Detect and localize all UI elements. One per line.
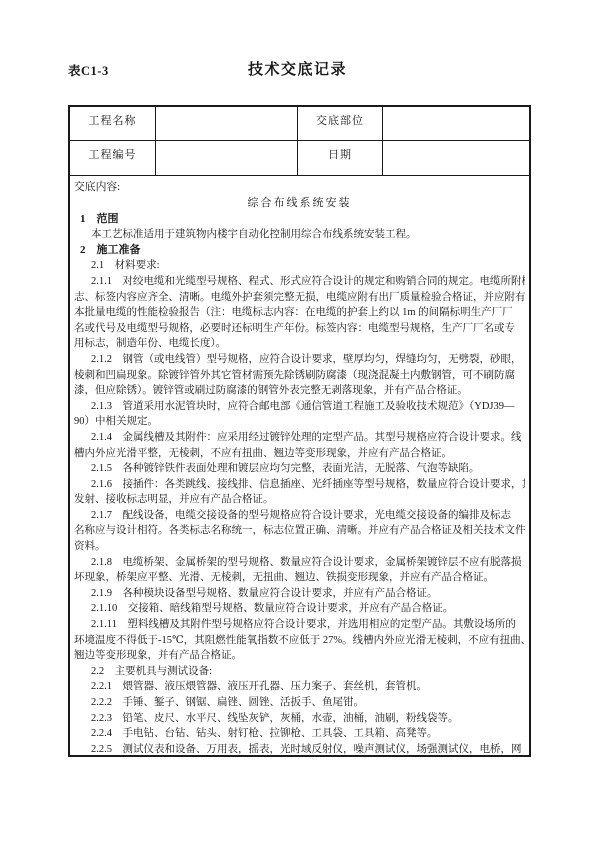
text-line: 2.1 材料要求: (74, 258, 525, 274)
text-line: 发射、接收标志明显，并应有产品合格证。 (74, 492, 525, 508)
text-line: 环境温度不得低于-15℃，其阻燃性能氧指数不应低于 27%。线槽内外应光滑无棱刺… (74, 633, 525, 649)
text-line: 2.1.4 金属线槽及其附件：应采用经过镀锌处理的定型产品。其型号规格应符合设计… (74, 430, 525, 446)
text-line: 翘边等变形现象，并有产品合格证。 (74, 648, 525, 664)
text-line: 综合布线系统安装 (74, 196, 525, 212)
text-line: 2.2 主要机具与测试设备: (74, 664, 525, 680)
text-line: 2.1.5 各种镀锌铁件表面处理和镀层应均匀完整，表面光洁，无脱落、气泡等缺陷。 (74, 461, 525, 477)
text-line: 2.2.1 煨管器、液压煨管器、液压开孔器、压力案子、套丝机，套管机。 (74, 679, 525, 695)
project-number-label: 工程编号 (70, 141, 156, 175)
document-page: 表C1-3 技术交底记录 工程名称 交底部位 工程编号 日期 交底内容: 综合布… (0, 0, 595, 842)
text-line: 槽内外应光滑平整，无棱刺，不应有扭曲、翘边等变形现象，并应有产品合格证。 (74, 446, 525, 462)
text-line: 2.2.4 手电钻、台钻、钻头、射钉枪、拉铆枪、工具袋、工具箱、高凳等。 (74, 726, 525, 742)
text-line: 2.1.1 对绞电缆和光缆型号规格、程式、形式应符合设计的规定和购销合同的规定。… (74, 274, 525, 290)
text-line: 2.1.7 配线设备，电缆交接设备的型号规格应符合设计要求，光电缆交接设备的编排… (74, 508, 525, 524)
text-line: 棱刺和凹扁现象。除镀锌管外其它管材需预先除锈刷防腐漆（现浇混凝土内敷钢管，可不刷… (74, 368, 525, 384)
text-line: 2.1.9 各种模块设备型号规格、数量应符合设计要求，并应有产品合格证。 (74, 586, 525, 602)
text-line: 名或代号及电缆型号规格，必要时还标明生产年份。标签内容：电缆型号规格，生产厂厂名… (74, 321, 525, 337)
text-line: 本工艺标准适用于建筑物内楼宇自动化控制用综合布线系统安装工程。 (74, 227, 525, 243)
disclosure-content: 交底内容: 综合布线系统安装1 范围本工艺标准适用于建筑物内楼宇自动化控制用综合… (70, 176, 529, 755)
text-line: 90）中相关规定。 (74, 414, 525, 430)
text-line: 漆，但应除锈）。镀锌管或刷过防腐漆的钢管外表完整无剥落现象，并有产品合格证。 (74, 383, 525, 399)
text-line: 志、标签内容应齐全、清晰。电缆外护套须完整无损，电缆应附有出厂质量检验合格证，并… (74, 290, 525, 306)
disclosure-content-lines: 综合布线系统安装1 范围本工艺标准适用于建筑物内楼宇自动化控制用综合布线系统安装… (74, 196, 525, 755)
disclosure-part-label: 交底部位 (298, 107, 383, 140)
disclosure-part-value (383, 107, 529, 140)
text-line: 2.1.8 电缆桥架、金属桥架的型号规格、数量应符合设计要求，金属桥架镀锌层不应… (74, 555, 525, 571)
project-name-label: 工程名称 (70, 107, 156, 140)
text-line: 2.1.6 接插件：各类跳线、接线排、信息插座、光纤插座等型号规格，数量应符合设… (74, 477, 525, 493)
text-line: 本批量电缆的性能检验报告（注：电缆标志内容：在电缆的护套上约以 1m 的间隔标明… (74, 305, 525, 321)
text-line: 2.1.10 交接箱、暗线箱型号规格、数量应符合设计要求，并应有产品合格证。 (74, 601, 525, 617)
text-line: 2.1.2 钢管（或电线管）型号规格，应符合设计要求，壁厚均匀，焊缝均匀，无劈裂… (74, 352, 525, 368)
date-label: 日期 (298, 141, 383, 175)
text-line: 2.1.3 管道采用水泥管块时，应符合邮电部《通信管道工程施工及验收技术规范》（… (74, 399, 525, 415)
text-line: 2.2.2 手锤、錾子、钢锯、扁锉、圆锉、活扳手、鱼尾钳。 (74, 695, 525, 711)
info-row-1: 工程名称 交底部位 (70, 107, 529, 141)
text-line: 名称应与设计相符。各类标志名称统一，标志位置正确、清晰。并应有产品合格证及相关技… (74, 523, 525, 539)
project-name-value (156, 107, 298, 140)
disclosure-form-table: 工程名称 交底部位 工程编号 日期 交底内容: 综合布线系统安装1 范围本工艺标… (68, 105, 531, 757)
date-value (383, 141, 529, 175)
text-line: 坏现象，桥架应平整、光滑、无棱刺，无扭曲、翘边、铁损变形现象，并应有产品合格证。 (74, 570, 525, 586)
text-line: 2 施工准备 (74, 243, 525, 259)
text-line: 1 范围 (74, 212, 525, 228)
text-line: 2.2.5 测试仪表和设备、万用表，摇表，光时域反射仪，噪声测试仪，场强测试仪，… (74, 742, 525, 755)
project-number-value (156, 141, 298, 175)
text-line: 2.1.11 塑料线槽及其附件型号规格应符合设计要求，并选用相应的定型产品。其敷… (74, 617, 525, 633)
text-line: 资料。 (74, 539, 525, 555)
disclosure-content-label: 交底内容: (74, 179, 525, 196)
text-line: 2.2.3 铅笔、皮尺、水平尺、线坠灰铲，灰桶，水壶，油桶，油刷，粉线袋等。 (74, 711, 525, 727)
info-row-2: 工程编号 日期 (70, 141, 529, 176)
text-line: 用标志，制造年份、电缆长度）。 (74, 336, 525, 352)
page-title: 技术交底记录 (0, 58, 595, 79)
